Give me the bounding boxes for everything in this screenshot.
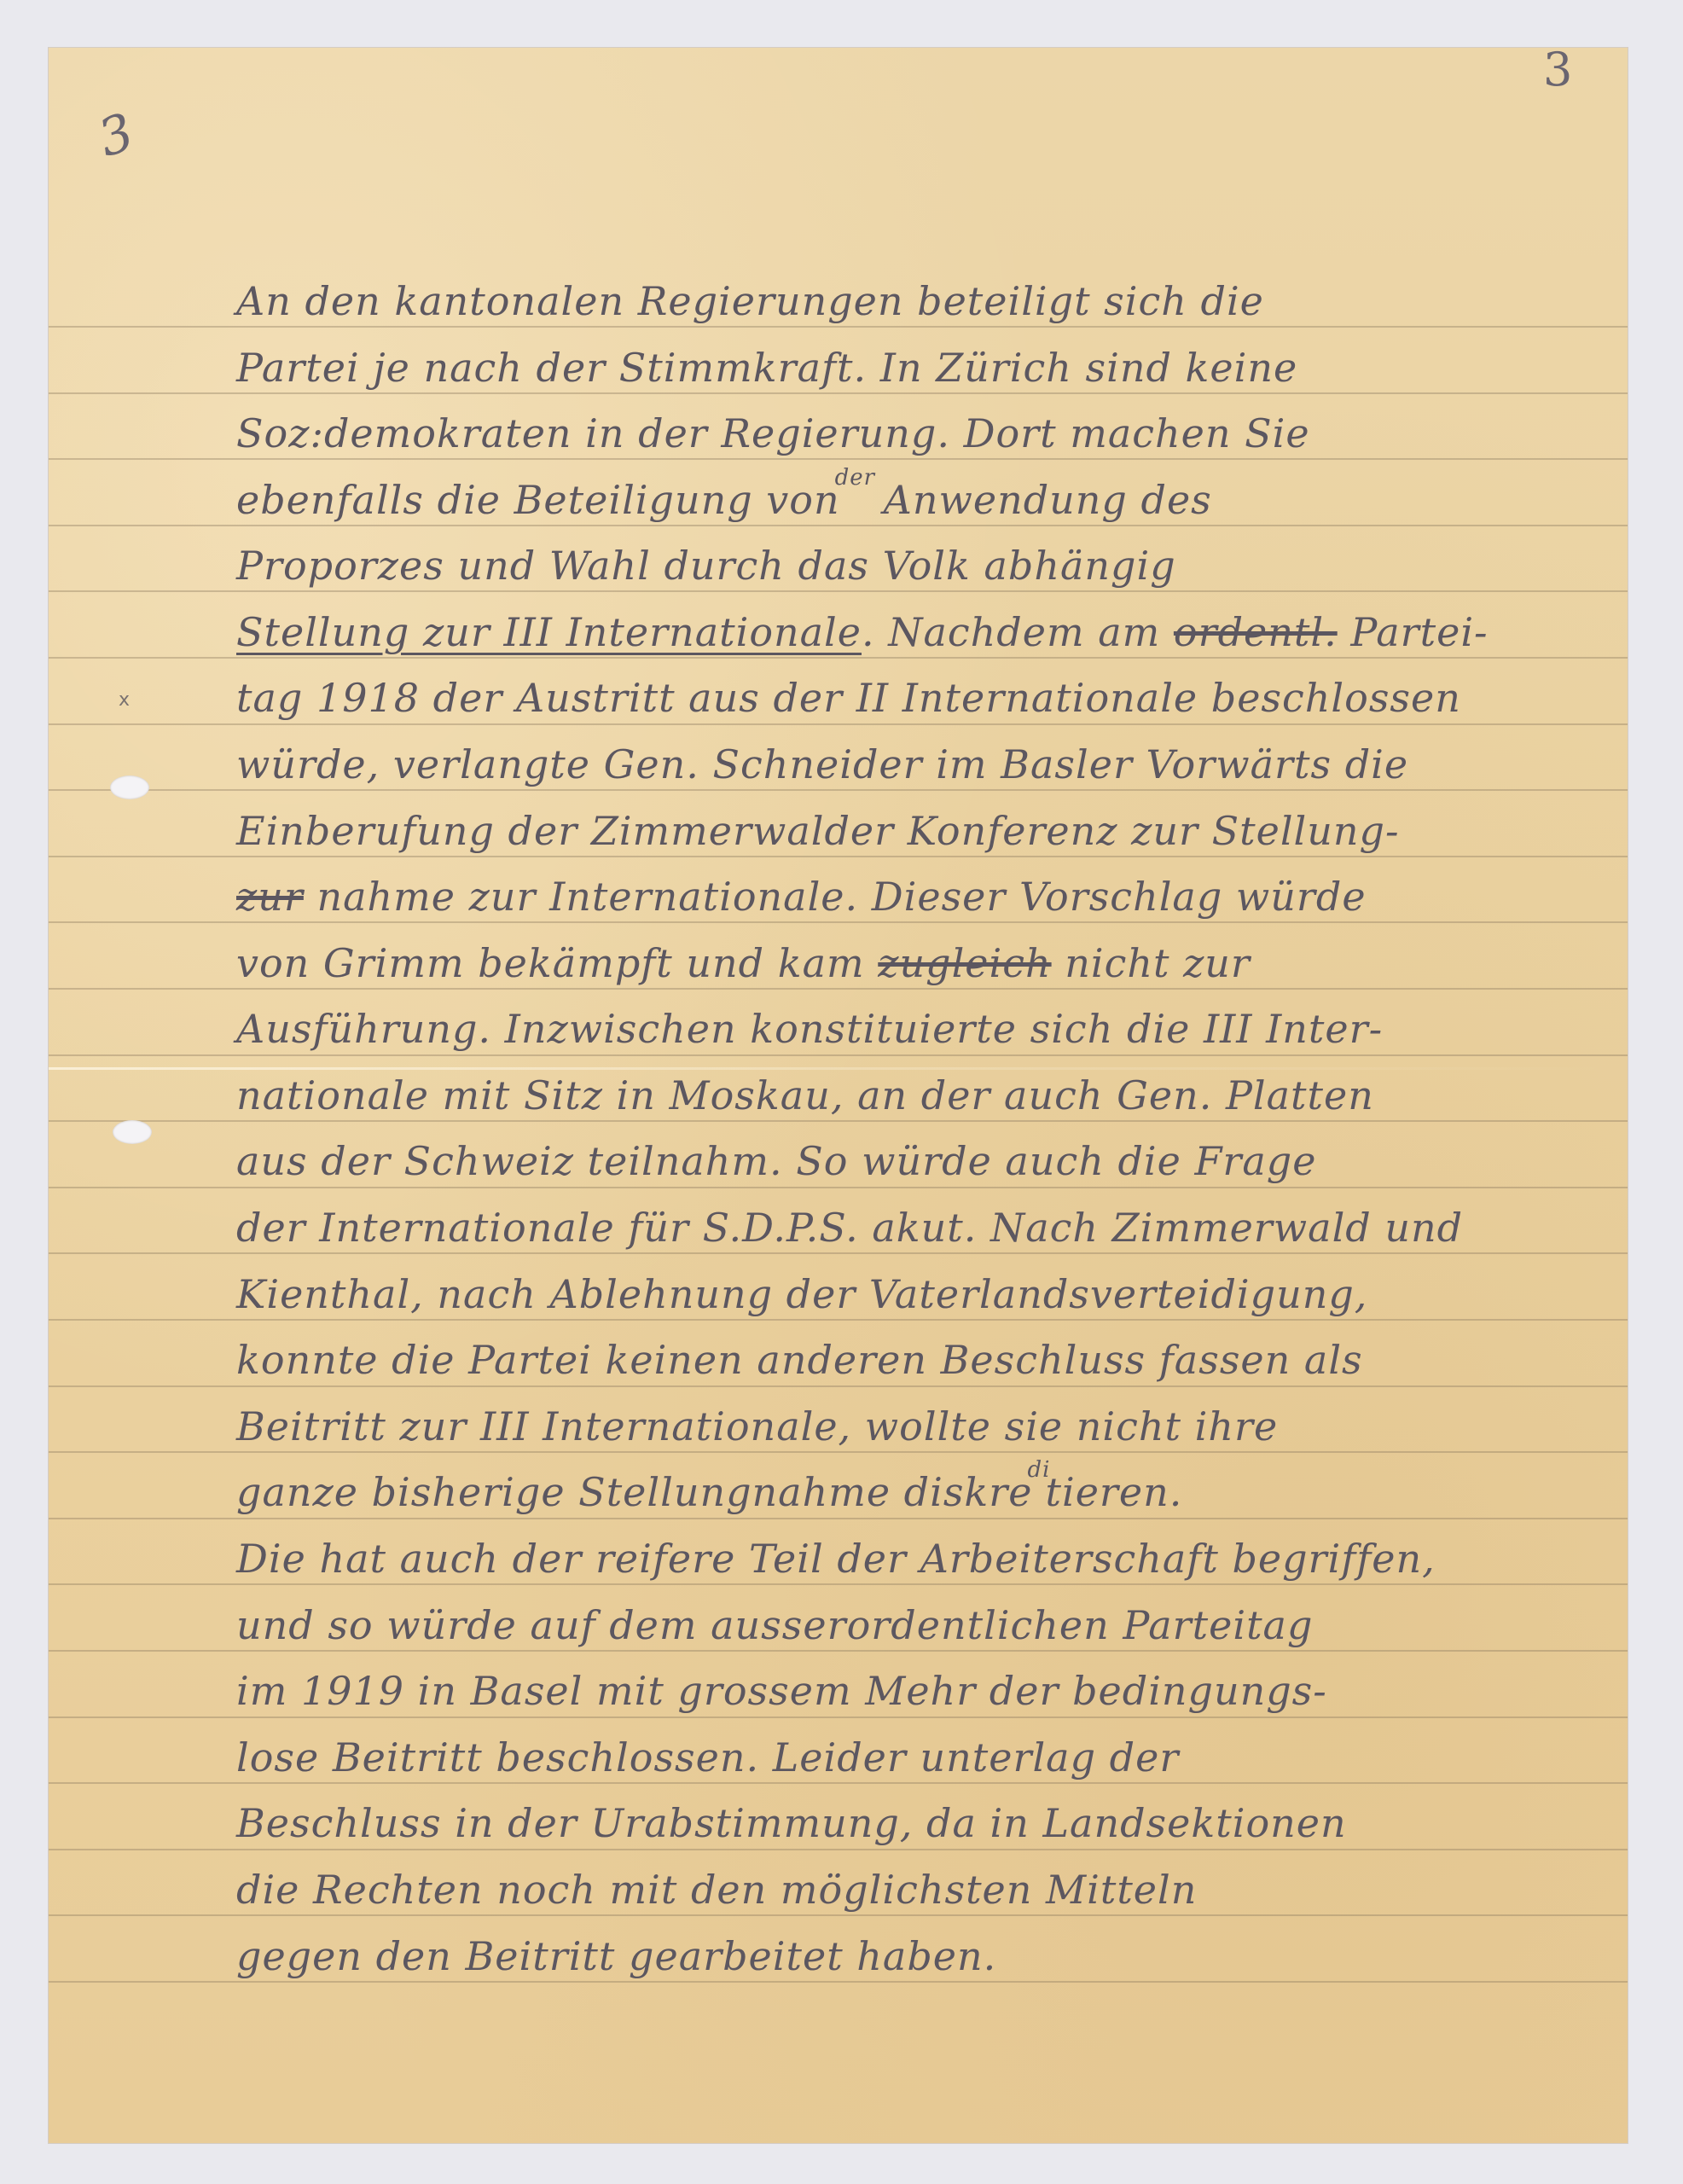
- text-line: und so würde auf dem ausserordentlichen …: [236, 1595, 1618, 1655]
- punch-hole-bottom: [113, 1120, 152, 1144]
- line-text: von Grimm bekämpft und kam: [236, 940, 878, 986]
- inserted-word: di: [1028, 1457, 1051, 1483]
- text-line: die Rechten noch mit den möglichsten Mit…: [236, 1860, 1618, 1920]
- line-text: ganze bisherige Stellungnahme diskre: [236, 1469, 1033, 1515]
- handwritten-page: 3 3 x An den kantonalen Regierungen bete…: [49, 48, 1628, 2143]
- text-line: von Grimm bekämpft und kam zugleich nich…: [236, 933, 1618, 993]
- line-text: Soz:demokraten in der Regierung. Dort ma…: [236, 410, 1310, 456]
- text-line: konnte die Partei keinen anderen Beschlu…: [236, 1330, 1618, 1390]
- text-line: tag 1918 der Austritt aus der II Interna…: [236, 668, 1618, 728]
- line-text: aus der Schweiz teilnahm. So würde auch …: [236, 1138, 1316, 1184]
- line-text: Ausführung. Inzwischen konstituierte sic…: [236, 1006, 1383, 1052]
- line-text: . Nachdem am: [862, 609, 1174, 655]
- text-line: zur nahme zur Internationale. Dieser Vor…: [236, 867, 1618, 926]
- text-line: Die hat auch der reifere Teil der Arbeit…: [236, 1529, 1618, 1589]
- text-line: Ausführung. Inzwischen konstituierte sic…: [236, 999, 1618, 1059]
- line-text: tieren.: [1046, 1469, 1183, 1515]
- text-line: Proporzes und Wahl durch das Volk abhäng…: [236, 536, 1618, 595]
- line-text: Einberufung der Zimmerwalder Konferenz z…: [236, 808, 1400, 854]
- margin-mark: x: [119, 689, 130, 711]
- line-text: Partei je nach der Stimmkraft. In Zürich…: [236, 345, 1297, 391]
- text-line: Partei je nach der Stimmkraft. In Zürich…: [236, 338, 1618, 398]
- line-text: nahme zur Internationale. Dieser Vorschl…: [304, 874, 1367, 920]
- struck-word: zur: [236, 874, 304, 920]
- line-text: Kienthal, nach Ablehnung der Vaterlandsv…: [236, 1271, 1367, 1317]
- inserted-word: der: [835, 465, 875, 491]
- punch-hole-top: [110, 775, 149, 799]
- text-line: ebenfalls die Beteiligung vonder Anwendu…: [236, 470, 1618, 530]
- line-text: konnte die Partei keinen anderen Beschlu…: [236, 1337, 1363, 1383]
- line-text: gegen den Beitritt gearbeitet haben.: [236, 1933, 996, 1979]
- text-line: Einberufung der Zimmerwalder Konferenz z…: [236, 801, 1618, 861]
- line-text: lose Beitritt beschlossen. Leider unterl…: [236, 1734, 1179, 1780]
- line-text: die Rechten noch mit den möglichsten Mit…: [236, 1867, 1197, 1913]
- text-line: der Internationale für S.D.P.S. akut. Na…: [236, 1198, 1618, 1258]
- text-line: aus der Schweiz teilnahm. So würde auch …: [236, 1131, 1618, 1191]
- text-line: Stellung zur III Internationale. Nachdem…: [236, 602, 1618, 662]
- text-line: gegen den Beitritt gearbeitet haben.: [236, 1926, 1618, 1986]
- line-text: würde, verlangte Gen. Schneider im Basle…: [236, 741, 1408, 787]
- struck-word: zugleich: [878, 940, 1051, 986]
- line-text: Anwendung des: [870, 477, 1212, 523]
- line-text: und so würde auf dem ausserordentlichen …: [236, 1602, 1313, 1648]
- line-text: im 1919 in Basel mit grossem Mehr der be…: [236, 1668, 1327, 1714]
- text-line: Soz:demokraten in der Regierung. Dort ma…: [236, 404, 1618, 463]
- text-line: im 1919 in Basel mit grossem Mehr der be…: [236, 1661, 1618, 1721]
- line-text: Die hat auch der reifere Teil der Arbeit…: [236, 1536, 1436, 1582]
- page-number: 3: [1543, 43, 1572, 96]
- text-line: nationale mit Sitz in Moskau, an der auc…: [236, 1066, 1618, 1125]
- line-text: An den kantonalen Regierungen beteiligt …: [236, 278, 1264, 324]
- line-text: Beschluss in der Urabstimmung, da in Lan…: [236, 1800, 1347, 1846]
- line-text: nationale mit Sitz in Moskau, an der auc…: [236, 1072, 1374, 1118]
- text-line: Kienthal, nach Ablehnung der Vaterlandsv…: [236, 1264, 1618, 1324]
- text-line: würde, verlangte Gen. Schneider im Basle…: [236, 735, 1618, 794]
- text-line: ganze bisherige Stellungnahme diskrediti…: [236, 1462, 1618, 1522]
- line-text: Partei-: [1338, 609, 1489, 655]
- line-text: nicht zur: [1052, 940, 1251, 986]
- line-text: Beitritt zur III Internationale, wollte …: [236, 1403, 1278, 1449]
- line-text: tag 1918 der Austritt aus der II Interna…: [236, 675, 1461, 721]
- text-line: Beitritt zur III Internationale, wollte …: [236, 1397, 1618, 1456]
- line-text: Proporzes und Wahl durch das Volk abhäng…: [236, 543, 1176, 589]
- struck-word: ordentl.: [1174, 609, 1338, 655]
- text-line: lose Beitritt beschlossen. Leider unterl…: [236, 1728, 1618, 1787]
- text-line: An den kantonalen Regierungen beteiligt …: [236, 271, 1618, 331]
- section-heading-underlined: Stellung zur III Internationale: [236, 609, 862, 655]
- line-text: ebenfalls die Beteiligung von: [236, 477, 840, 523]
- archive-folio-mark: 3: [91, 102, 141, 169]
- text-line: Beschluss in der Urabstimmung, da in Lan…: [236, 1793, 1618, 1853]
- line-text: der Internationale für S.D.P.S. akut. Na…: [236, 1205, 1463, 1251]
